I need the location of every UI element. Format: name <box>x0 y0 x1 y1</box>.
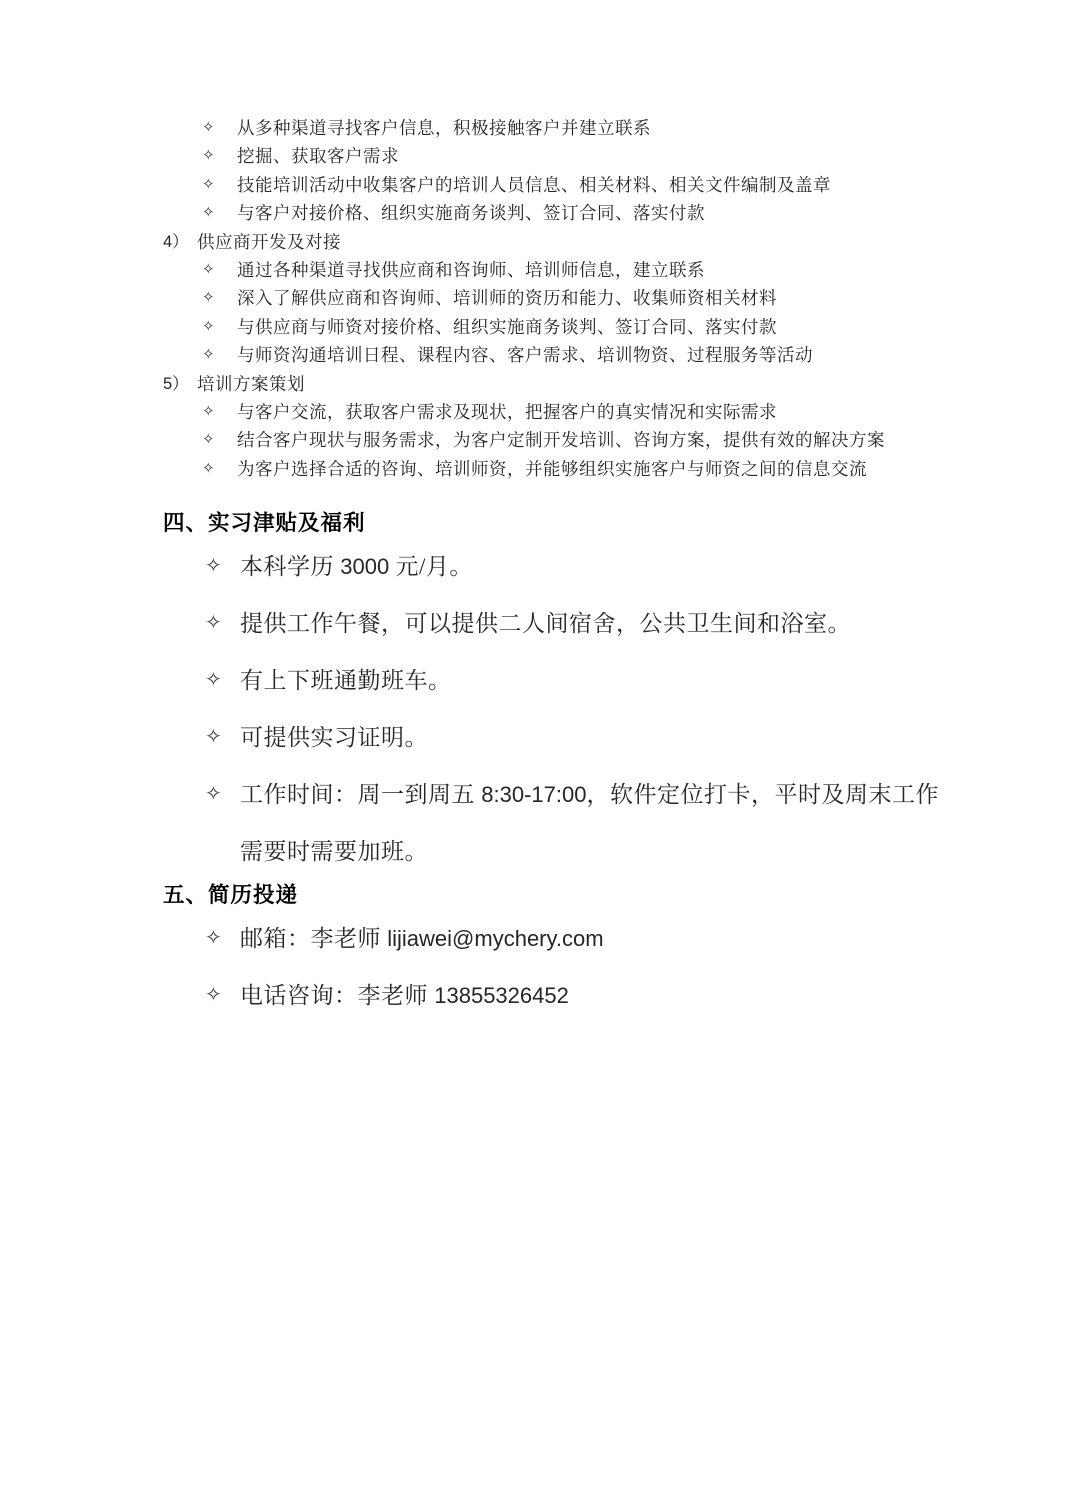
bullet-text: 有上下班通勤班车。 <box>240 652 940 709</box>
subheading-text: 供应商开发及对接 <box>197 228 940 256</box>
text-segment: 元/月。 <box>389 554 473 579</box>
diamond-bullet-icon: ✧ <box>205 766 240 880</box>
bullet-text: 挖掘、获取客户需求 <box>237 142 940 170</box>
bullet-text: 本科学历 3000 元/月。 <box>240 538 940 595</box>
bullet-item: ✧ 有上下班通勤班车。 <box>163 652 940 709</box>
diamond-bullet-icon: ✧ <box>202 426 237 454</box>
bullet-item: ✧ 提供工作午餐，可以提供二人间宿舍，公共卫生间和浴室。 <box>163 595 940 652</box>
diamond-bullet-icon: ✧ <box>202 142 237 170</box>
bullet-text: 结合客户现状与服务需求，为客户定制开发培训、咨询方案，提供有效的解决方案 <box>237 426 940 454</box>
bullet-item: ✧ 邮箱：李老师 lijiawei@mychery.com <box>163 910 940 967</box>
bullet-item: ✧ 挖掘、获取客户需求 <box>163 142 940 170</box>
benefits-list: ✧ 本科学历 3000 元/月。 ✧ 提供工作午餐，可以提供二人间宿舍，公共卫生… <box>163 538 940 880</box>
bullet-item: ✧ 从多种渠道寻找客户信息，积极接触客户并建立联系 <box>163 114 940 142</box>
diamond-bullet-icon: ✧ <box>202 455 237 483</box>
bullet-item: ✧ 结合客户现状与服务需求，为客户定制开发培训、咨询方案，提供有效的解决方案 <box>163 426 940 454</box>
list-number: 5） <box>163 370 197 398</box>
text-segment: 工作时间：周一到周五 <box>240 782 481 807</box>
bullet-item: ✧ 为客户选择合适的咨询、培训师资，并能够组织实施客户与师资之间的信息交流 <box>163 455 940 483</box>
text-segment: 提供工作午餐，可以提供二人间宿舍，公共卫生间和浴室。 <box>240 611 851 636</box>
bullet-item: ✧ 电话咨询：李老师 13855326452 <box>163 967 940 1024</box>
diamond-bullet-icon: ✧ <box>202 199 237 227</box>
bullet-item: ✧ 与客户交流，获取客户需求及现状，把握客户的真实情况和实际需求 <box>163 398 940 426</box>
diamond-bullet-icon: ✧ <box>205 652 240 709</box>
bullet-text: 为客户选择合适的咨询、培训师资，并能够组织实施客户与师资之间的信息交流 <box>237 455 940 483</box>
bullet-item: ✧ 与供应商与师资对接价格、组织实施商务谈判、签订合同、落实付款 <box>163 313 940 341</box>
bullet-text: 与客户对接价格、组织实施商务谈判、签订合同、落实付款 <box>237 199 940 227</box>
bullet-item: ✧ 与师资沟通培训日程、课程内容、客户需求、培训物资、过程服务等活动 <box>163 341 940 369</box>
numbered-subheading: 5） 培训方案策划 <box>163 370 940 398</box>
diamond-bullet-icon: ✧ <box>205 709 240 766</box>
diamond-bullet-icon: ✧ <box>202 341 237 369</box>
resume-list: ✧ 邮箱：李老师 lijiawei@mychery.com ✧ 电话咨询：李老师… <box>163 910 940 1024</box>
diamond-bullet-icon: ✧ <box>202 284 237 312</box>
text-segment: 可提供实习证明。 <box>240 725 428 750</box>
bullet-item: ✧ 可提供实习证明。 <box>163 709 940 766</box>
document-page: ✧ 从多种渠道寻找客户信息，积极接触客户并建立联系 ✧ 挖掘、获取客户需求 ✧ … <box>0 0 1080 1508</box>
diamond-bullet-icon: ✧ <box>202 256 237 284</box>
bullet-text: 与供应商与师资对接价格、组织实施商务谈判、签订合同、落实付款 <box>237 313 940 341</box>
diamond-bullet-icon: ✧ <box>202 114 237 142</box>
text-segment: 电话咨询：李老师 <box>240 983 434 1008</box>
bullet-item: ✧ 工作时间：周一到周五 8:30-17:00，软件定位打卡，平时及周末工作需要… <box>163 766 940 880</box>
bullet-text: 技能培训活动中收集客户的培训人员信息、相关材料、相关文件编制及盖章 <box>237 171 940 199</box>
diamond-bullet-icon: ✧ <box>202 171 237 199</box>
diamond-bullet-icon: ✧ <box>205 595 240 652</box>
diamond-bullet-icon: ✧ <box>202 398 237 426</box>
bullet-text: 通过各种渠道寻找供应商和咨询师、培训师信息，建立联系 <box>237 256 940 284</box>
diamond-bullet-icon: ✧ <box>202 313 237 341</box>
subheading-text: 培训方案策划 <box>197 370 940 398</box>
bullet-text: 邮箱：李老师 lijiawei@mychery.com <box>240 910 940 967</box>
bullet-text: 与师资沟通培训日程、课程内容、客户需求、培训物资、过程服务等活动 <box>237 341 940 369</box>
list-number: 4） <box>163 228 197 256</box>
numbered-subheading: 4） 供应商开发及对接 <box>163 228 940 256</box>
diamond-bullet-icon: ✧ <box>205 910 240 967</box>
bullet-item: ✧ 深入了解供应商和咨询师、培训师的资历和能力、收集师资相关材料 <box>163 284 940 312</box>
bullet-text: 电话咨询：李老师 13855326452 <box>240 967 940 1024</box>
phone-number: 13855326452 <box>434 983 569 1008</box>
text-segment-latin: 3000 <box>340 554 389 579</box>
text-segment: 有上下班通勤班车。 <box>240 668 452 693</box>
bullet-item: ✧ 与客户对接价格、组织实施商务谈判、签订合同、落实付款 <box>163 199 940 227</box>
bullet-text: 工作时间：周一到周五 8:30-17:00，软件定位打卡，平时及周末工作需要时需… <box>240 766 940 880</box>
section-heading-benefits: 四、实习津贴及福利 <box>163 508 940 538</box>
section-heading-resume: 五、简历投递 <box>163 880 940 910</box>
text-segment: 邮箱：李老师 <box>240 926 387 951</box>
bullet-text: 可提供实习证明。 <box>240 709 940 766</box>
text-segment: 本科学历 <box>240 554 340 579</box>
bullet-item: ✧ 本科学历 3000 元/月。 <box>163 538 940 595</box>
diamond-bullet-icon: ✧ <box>205 538 240 595</box>
text-segment-latin: 8:30-17:00 <box>481 782 586 807</box>
bullet-item: ✧ 通过各种渠道寻找供应商和咨询师、培训师信息，建立联系 <box>163 256 940 284</box>
bullet-text: 提供工作午餐，可以提供二人间宿舍，公共卫生间和浴室。 <box>240 595 940 652</box>
bullet-text: 深入了解供应商和咨询师、培训师的资历和能力、收集师资相关材料 <box>237 284 940 312</box>
bullet-text: 从多种渠道寻找客户信息，积极接触客户并建立联系 <box>237 114 940 142</box>
responsibilities-section: ✧ 从多种渠道寻找客户信息，积极接触客户并建立联系 ✧ 挖掘、获取客户需求 ✧ … <box>163 114 940 483</box>
bullet-text: 与客户交流，获取客户需求及现状，把握客户的真实情况和实际需求 <box>237 398 940 426</box>
email-address: lijiawei@mychery.com <box>387 926 603 951</box>
diamond-bullet-icon: ✧ <box>205 967 240 1024</box>
bullet-item: ✧ 技能培训活动中收集客户的培训人员信息、相关材料、相关文件编制及盖章 <box>163 171 940 199</box>
